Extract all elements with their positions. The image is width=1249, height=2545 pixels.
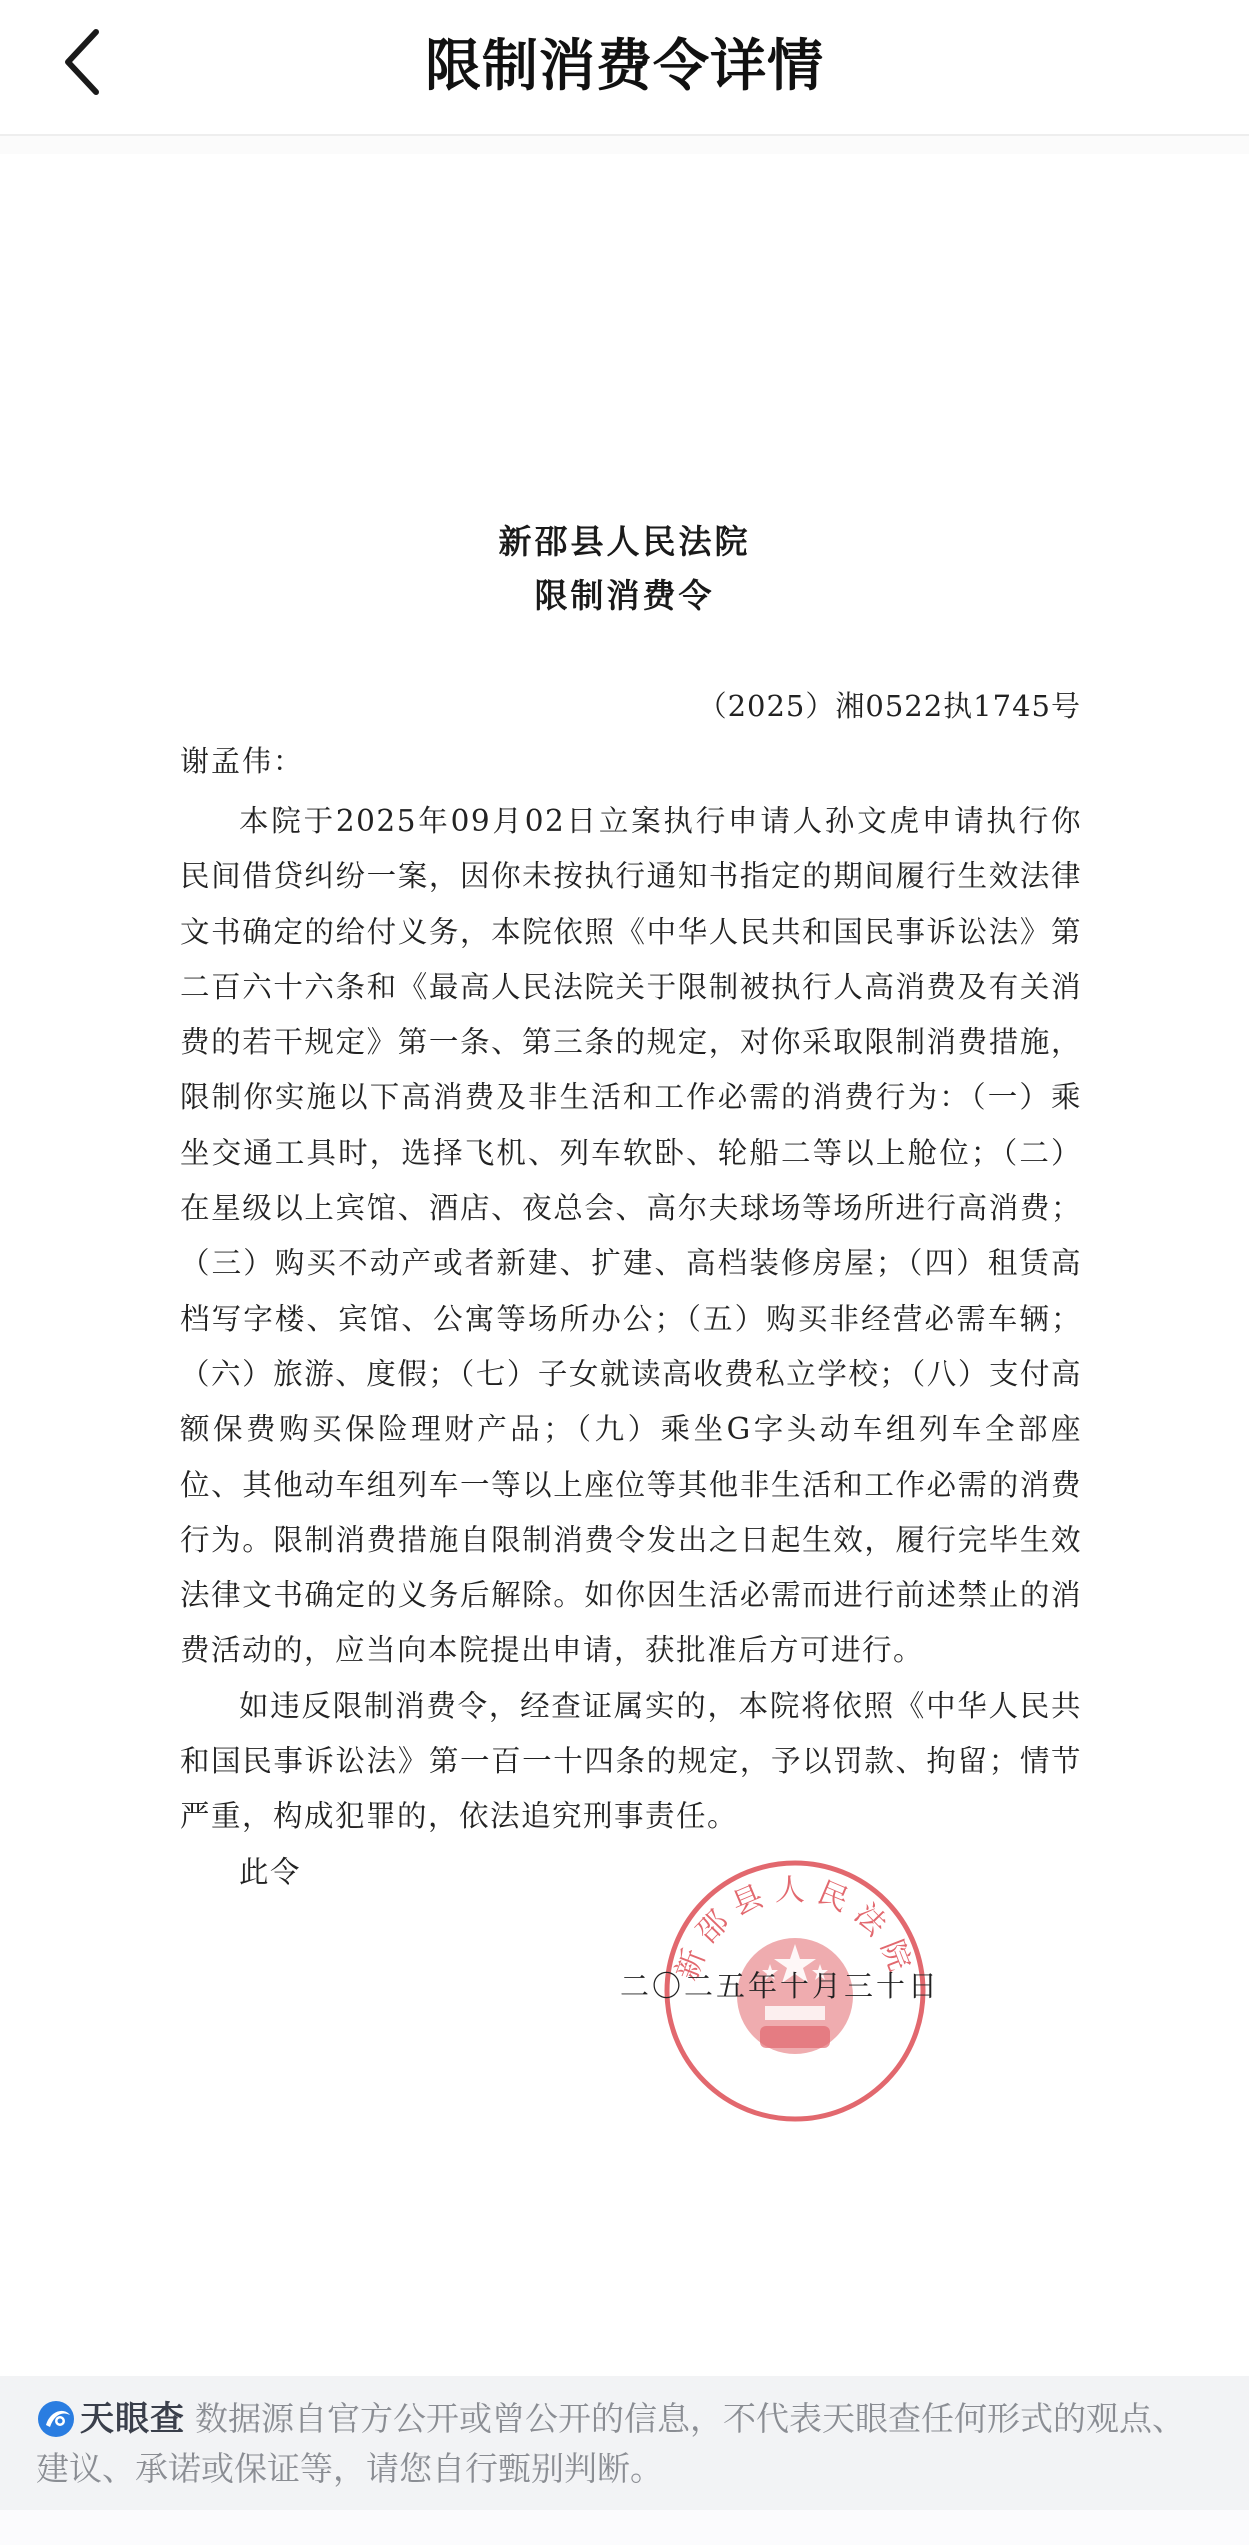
closing-remark: 此令 (180, 1845, 1082, 1900)
order-title: 限制消费令 (0, 570, 1249, 617)
disclaimer-banner: 天眼查 数据源自官方公开或曾公开的信息，不代表天眼查任何形式的观点、建议、承诺或… (0, 2376, 1249, 2510)
court-name: 新邵县人民法院 (0, 516, 1249, 563)
paragraph-penalty: 如违反限制消费令，经查证属实的，本院将依照《中华人民共和国民事诉讼法》第一百一十… (180, 1679, 1082, 1845)
document-view: 新邵县人民法院 限制消费令 （2025）湘0522执1745号 谢孟伟： 本院于… (0, 154, 1249, 2374)
recipient-name: 谢孟伟： (180, 739, 304, 780)
top-nav-bar: 限制消费令详情 (0, 0, 1249, 136)
divider-band (0, 136, 1249, 154)
tianyancha-logo-icon (36, 2399, 76, 2439)
disclaimer-text: 数据源自官方公开或曾公开的信息，不代表天眼查任何形式的观点、建议、承诺或保证等，… (36, 2399, 1185, 2488)
paragraph-restrictions: 本院于2025年09月02日立案执行申请人孙文虎申请执行你民间借贷纠纷一案，因你… (180, 794, 1082, 1679)
issue-date: 二〇二五年十月三十日 (620, 1964, 940, 2005)
brand-name: 天眼查 (80, 2394, 185, 2444)
page-title: 限制消费令详情 (0, 22, 1249, 102)
bottom-safe-area (0, 2510, 1249, 2545)
order-body: 本院于2025年09月02日立案执行申请人孙文虎申请执行你民间借贷纠纷一案，因你… (180, 794, 1082, 1900)
brand: 天眼查 (36, 2394, 185, 2444)
case-number: （2025）湘0522执1745号 (698, 684, 1081, 725)
